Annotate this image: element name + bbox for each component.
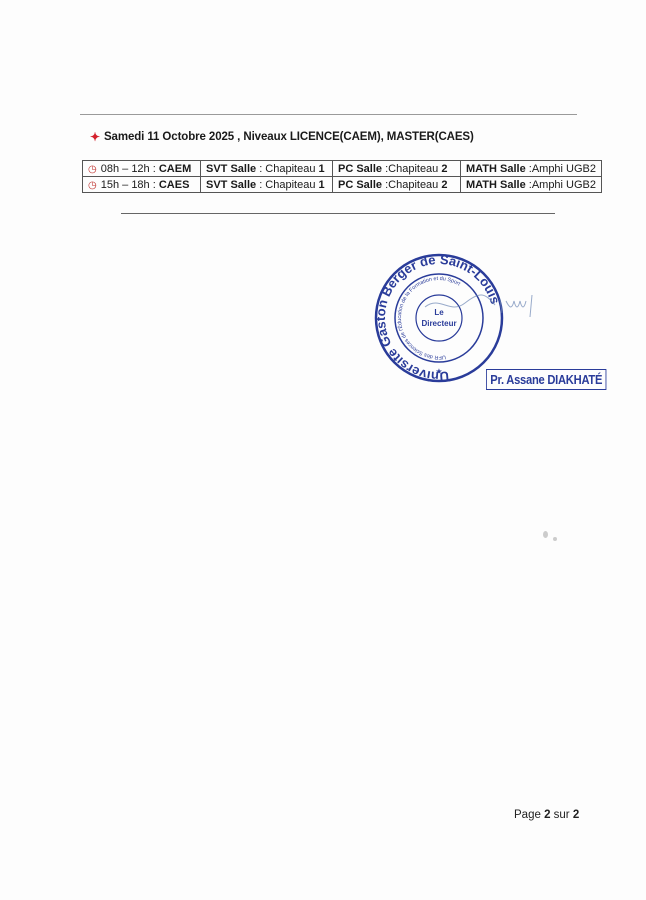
session-heading: ✦ Samedi 11 Octobre 2025 , Niveaux LICEN… xyxy=(90,131,474,143)
page-number: Page 2 sur 2 xyxy=(514,809,579,821)
svt-room-cell: SVT Salle : Chapiteau 1 xyxy=(201,161,333,177)
svt-room-cell: SVT Salle : Chapiteau 1 xyxy=(201,177,333,193)
clock-icon: ◷ xyxy=(88,180,97,191)
clock-icon: ◷ xyxy=(88,164,97,175)
math-room-cell: MATH Salle :Amphi UGB2 xyxy=(461,177,602,193)
star-icon: ★ xyxy=(435,367,442,376)
pc-room-cell: PC Salle :Chapiteau 2 xyxy=(333,177,461,193)
red-diamond-bullet-icon: ✦ xyxy=(90,131,100,143)
pc-room-cell: PC Salle :Chapiteau 2 xyxy=(333,161,461,177)
top-divider xyxy=(80,114,577,115)
handwritten-signature xyxy=(420,285,540,325)
time-cell: ◷08h – 12h : CAEM xyxy=(83,161,201,177)
time-cell: ◷15h – 18h : CAES xyxy=(83,177,201,193)
math-room-cell: MATH Salle :Amphi UGB2 xyxy=(461,161,602,177)
scan-speck xyxy=(543,531,548,538)
table-row: ◷15h – 18h : CAES SVT Salle : Chapiteau … xyxy=(83,177,602,193)
table-row: ◷08h – 12h : CAEM SVT Salle : Chapiteau … xyxy=(83,161,602,177)
exam-schedule-table: ◷08h – 12h : CAEM SVT Salle : Chapiteau … xyxy=(82,160,602,193)
session-heading-text: Samedi 11 Octobre 2025 , Niveaux LICENCE… xyxy=(104,131,474,143)
bottom-divider xyxy=(121,213,555,214)
signatory-name: Pr. Assane DIAKHATÉ xyxy=(486,369,607,390)
scan-speck xyxy=(553,537,557,541)
